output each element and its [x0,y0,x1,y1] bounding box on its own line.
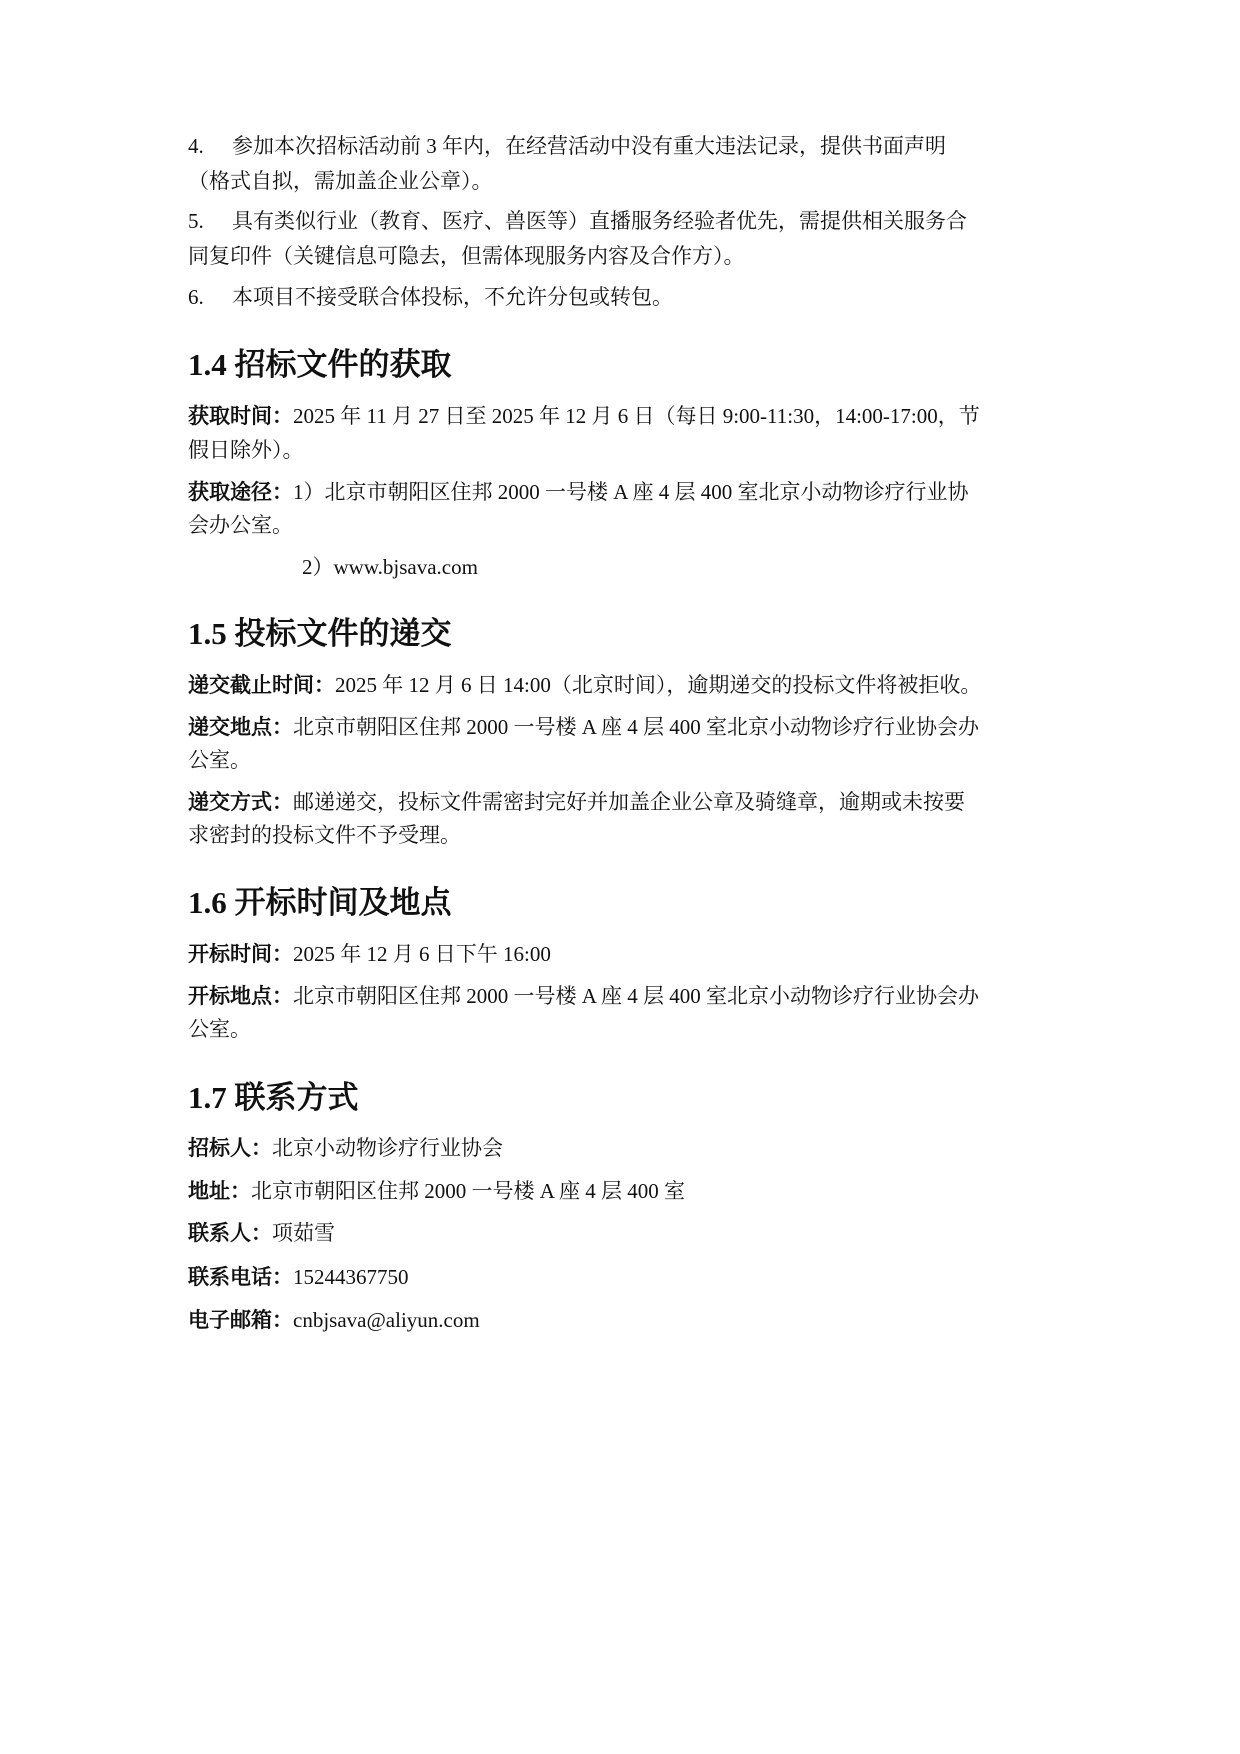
section-heading-1-6: 1.6 开标时间及地点 [188,883,452,923]
obtain-time-cont: 假日除外）。 [188,433,1058,468]
list-item-6: 6.本项目不接受联合体投标，不允许分包或转包。 [188,280,1058,315]
obtain-way-cont: 会办公室。 [188,508,1058,543]
opening-time: 开标时间：2025 年 12 月 6 日下午 16:00 [188,937,1058,972]
submit-place: 递交地点：北京市朝阳区住邦 2000 一号楼 A 座 4 层 400 室北京小动… [188,710,1058,745]
contact-phone: 联系电话：15244367750 [188,1260,1058,1295]
contact-person: 联系人：项茹雪 [188,1216,1058,1251]
contact-email: 电子邮箱：cnbjsava@aliyun.com [188,1303,1058,1338]
submit-method: 递交方式：邮递递交，投标文件需密封完好并加盖企业公章及骑缝章，逾期或未按要 [188,785,1058,820]
section-heading-1-5: 1.5 投标文件的递交 [188,614,452,654]
list-item-5: 5.具有类似行业（教育、医疗、兽医等）直播服务经验者优先，需提供相关服务合 [188,204,1058,239]
section-heading-1-4: 1.4 招标文件的获取 [188,345,452,385]
list-item-5-cont: 同复印件（关键信息可隐去，但需体现服务内容及合作方）。 [188,239,1058,274]
opening-place: 开标地点：北京市朝阳区住邦 2000 一号楼 A 座 4 层 400 室北京小动… [188,979,1058,1014]
opening-place-cont: 公室。 [188,1012,1058,1047]
submit-place-cont: 公室。 [188,743,1058,778]
obtain-time: 获取时间：2025 年 11 月 27 日至 2025 年 12 月 6 日（每… [188,399,1058,434]
list-item-4-cont: （格式自拟，需加盖企业公章）。 [188,164,1058,199]
obtain-way-website: 2）www.bjsava.com [188,550,1172,585]
obtain-way: 获取途径：1）北京市朝阳区住邦 2000 一号楼 A 座 4 层 400 室北京… [188,475,1058,510]
list-item-4: 4.参加本次招标活动前 3 年内，在经营活动中没有重大违法记录，提供书面声明 [188,129,1058,164]
submit-deadline: 递交截止时间：2025 年 12 月 6 日 14:00（北京时间），逾期递交的… [188,668,1058,703]
contact-address: 地址：北京市朝阳区住邦 2000 一号楼 A 座 4 层 400 室 [188,1174,1058,1209]
submit-method-cont: 求密封的投标文件不予受理。 [188,818,1058,853]
section-heading-1-7: 1.7 联系方式 [188,1078,359,1118]
contact-tenderer: 招标人：北京小动物诊疗行业协会 [188,1131,1058,1166]
